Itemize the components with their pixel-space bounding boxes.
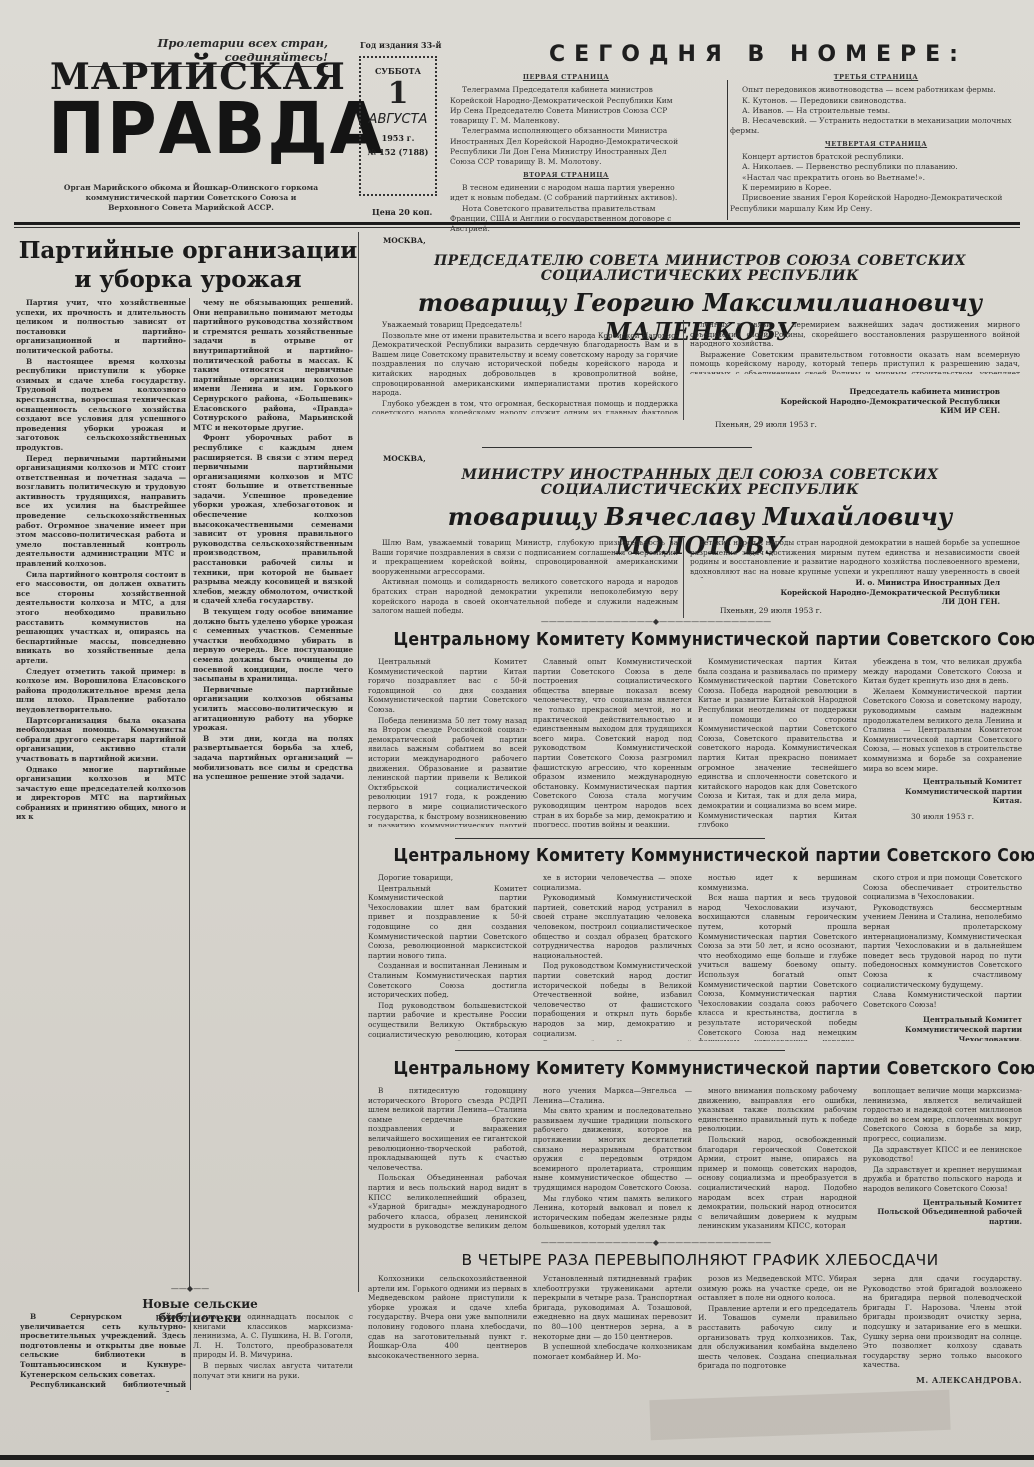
paragraph: Да здравствует КПСС и ее ленинское руков… xyxy=(863,1145,1022,1164)
paragraph: ностью идет к вершинам коммунизма. xyxy=(698,873,857,892)
signature-line: партии. xyxy=(863,1217,1022,1227)
masthead-rule xyxy=(14,222,1020,225)
paragraph: Перед первичными партийными организациям… xyxy=(16,454,186,569)
telegram2-date: Пхеньян, 29 июля 1953 г. xyxy=(720,606,822,615)
section-rule xyxy=(455,838,765,839)
telegram1-column-2: ленных в связи с перемирием важнейших за… xyxy=(690,320,1020,374)
text-column: Колхозники сельскохозяйственной артели и… xyxy=(368,1274,527,1386)
toc-page-heading: ВТОРАЯ СТРАНИЦА xyxy=(450,170,682,180)
paragraph: Руководствуясь бессмертным учением Ленин… xyxy=(863,903,1022,989)
telegram-city: МОСКВА, xyxy=(383,236,426,245)
signature-line: Председатель кабинета министров xyxy=(760,387,1000,397)
paragraph: Да здравствует и крепнет нерушимая дружб… xyxy=(863,1165,1022,1194)
column-divider xyxy=(683,538,684,618)
paragraph: Под руководством Коммунистической партии… xyxy=(533,961,692,1038)
paragraph: Слава Коммунистической партии Советского… xyxy=(863,990,1022,1009)
ck-china-body: Центральный Комитет Коммунистической пар… xyxy=(368,657,1022,827)
section-rule xyxy=(482,447,752,448)
signature-line: Центральный Комитет xyxy=(863,777,1022,787)
column-divider xyxy=(683,320,684,420)
text-column: розов из Медведевской МТС. Убирая озимую… xyxy=(698,1274,857,1386)
paragraph: ветский народ и народы стран народной де… xyxy=(690,538,1020,578)
text-column: хе в истории человечества — эпохе социал… xyxy=(533,873,692,1041)
paragraph: В настоящее время колхозы республики при… xyxy=(16,357,186,453)
telegram-city: МОСКВА, xyxy=(383,454,426,463)
signature-line: Центральный Комитет xyxy=(863,1198,1022,1208)
toc-item: Опыт передовиков животноводства — всем р… xyxy=(730,85,1022,95)
library-column-2: ним по одиннадцать посылок с книгами кла… xyxy=(193,1312,353,1392)
telegram-heading: МИНИСТРУ ИНОСТРАННЫХ ДЕЛ СОЮЗА СОВЕТСКИХ… xyxy=(380,468,1020,498)
column-divider xyxy=(190,1312,191,1390)
ck-china-heading: Центральному Комитету Коммунистической п… xyxy=(394,630,997,650)
newspaper-page: Пролетарии всех стран, соединяйтесь! МАР… xyxy=(0,0,1034,1467)
paragraph: Центральный Комитет Коммунистической пар… xyxy=(368,884,527,961)
paragraph: Коммунистическая партия Китая была созда… xyxy=(698,657,857,827)
toc-item: Телеграмма Председателя кабинета министр… xyxy=(450,85,682,126)
toc-item: Присвоение звания Героя Корейской Народн… xyxy=(730,193,1022,214)
paragraph: чему не обязывающих решений. Они неправи… xyxy=(193,298,353,432)
ck-poland-body: В пятидесятую годовщину исторического Вт… xyxy=(368,1086,1022,1232)
paragraph: Руководимый Коммунистической партией, со… xyxy=(533,893,692,960)
year: 1953 г. xyxy=(361,133,435,143)
signature-line: Корейской Народно-Демократической Респуб… xyxy=(760,397,1000,407)
paragraph: Фронт уборочных работ в республике с каж… xyxy=(193,433,353,606)
paragraph: Уважаемый товарищ Председатель! xyxy=(372,320,678,330)
paragraph: Польский народ, освобожденный благодаря … xyxy=(698,1135,857,1231)
signature-line: Коммунистической партии xyxy=(863,787,1022,797)
paragraph: Первичные партийные организации колхозов… xyxy=(193,685,353,733)
paragraph: розов из Медведевской МТС. Убирая озимую… xyxy=(698,1274,857,1303)
ck-china-date: 30 июля 1953 г. xyxy=(863,812,1022,822)
toc-item: Телеграмма исполняющего обязанности Мини… xyxy=(450,126,682,167)
telegram1-signature: Председатель кабинета министров Корейско… xyxy=(760,387,1000,416)
toc-right-column: ТРЕТЬЯ СТРАНИЦА Опыт передовиков животно… xyxy=(730,70,1022,214)
toc-left-column: ПЕРВАЯ СТРАНИЦА Телеграмма Председателя … xyxy=(450,70,682,234)
toc-title: СЕГОДНЯ В НОМЕРЕ: xyxy=(508,42,1008,67)
toc-item: А. Николаев. — Первенство республики по … xyxy=(730,162,1022,172)
library-column-1: В Сернурском районе увеличивается сеть к… xyxy=(20,1312,186,1392)
masthead-rule-thin xyxy=(14,227,1020,228)
paragraph: Польская Объединенная рабочая партия и в… xyxy=(368,1173,527,1232)
paragraph: В успешной хлебосдаче колхозникам помога… xyxy=(533,1342,692,1361)
bread-body: Колхозники сельскохозяйственной артели и… xyxy=(368,1274,1022,1386)
toc-divider xyxy=(727,80,728,220)
editorial-title: Партийные организации и уборка урожая xyxy=(16,236,360,294)
paragraph: Однако многие партийные организации колх… xyxy=(16,765,186,823)
signature-line: Корейской Народно-Демократической Респуб… xyxy=(760,588,1000,598)
text-column: Установленный пятидневный график хлебоот… xyxy=(533,1274,692,1386)
issue-number: № 152 (7188) xyxy=(361,147,435,157)
paragraph: ного учения Маркса—Энгельса — Ленина—Ста… xyxy=(533,1086,692,1105)
telegram2-signature: И. о. Министра Иностранных Дел Корейской… xyxy=(760,578,1000,607)
paragraph: Колхозники сельскохозяйственной артели и… xyxy=(368,1274,527,1360)
text-column: Центральный Комитет Коммунистической пар… xyxy=(368,657,527,827)
signature-line: Коммунистической партии xyxy=(863,1025,1022,1035)
paragraph: много внимания польскому рабочему движен… xyxy=(698,1086,857,1134)
paragraph: Шлю Вам, уважаемый товарищ Министр, глуб… xyxy=(372,538,678,576)
toc-item: «Настал час прекратить огонь во Вьетнаме… xyxy=(730,173,1022,183)
paragraph: Мы свято храним и последовательно развив… xyxy=(533,1106,692,1192)
column-divider xyxy=(189,298,190,1288)
paragraph: Следует отметить такой пример: в колхозе… xyxy=(16,667,186,715)
text-column: ного учения Маркса—Энгельса — Ленина—Ста… xyxy=(533,1086,692,1232)
signature-line: Центральный Комитет xyxy=(863,1015,1022,1025)
toc-item: Концерт артистов братской республики. xyxy=(730,152,1022,162)
paragraph: ленных в связи с перемирием важнейших за… xyxy=(690,320,1020,349)
paragraph: Установленный пятидневный график хлебоот… xyxy=(533,1274,692,1341)
editorial-column-2: чему не обязывающих решений. Они неправи… xyxy=(193,298,353,1288)
year-of-publication: Год издания 33-й xyxy=(360,40,441,50)
day-number: 1 xyxy=(361,76,435,112)
paragraph: Центральный Комитет Коммунистической пар… xyxy=(368,657,527,715)
ck-czechoslovakia-heading: Центральному Комитету Коммунистической п… xyxy=(394,846,997,866)
paragraph: В первых числах августа читатели получат… xyxy=(193,1361,353,1380)
telegram1-date: Пхеньян, 29 июля 1953 г. xyxy=(715,420,817,429)
toc-item: Нота Советского правительства правительс… xyxy=(450,204,682,235)
date-box: СУББОТА 1 АВГУСТА 1953 г. № 152 (7188) xyxy=(359,56,437,196)
paragraph: Глубоко убежден в том, что огромная, бес… xyxy=(372,399,678,414)
paragraph: В текущем году особое внимание должно бы… xyxy=(193,607,353,684)
signature-line: Польской Объединенной рабочей xyxy=(863,1207,1022,1217)
signature-line: И. о. Министра Иностранных Дел xyxy=(760,578,1000,588)
telegram2-column-1: Шлю Вам, уважаемый товарищ Министр, глуб… xyxy=(372,538,678,614)
paragraph: Позвольте мне от имени правительства и в… xyxy=(372,331,678,398)
paragraph: Дорогие товарищи, xyxy=(368,873,527,883)
text-column: ского строя и при помощи Советского Союз… xyxy=(863,873,1022,1041)
paragraph: Партия учит, что хозяйственные успехи, и… xyxy=(16,298,186,356)
text-column: воплощает величие мощи марксизма-лениниз… xyxy=(863,1086,1022,1232)
signature-line: КИМ ИР СЕН. xyxy=(760,406,1000,416)
text-column: Дорогие товарищи, Центральный Комитет Ко… xyxy=(368,873,527,1041)
text-column: Славный опыт Коммунистической партии Сов… xyxy=(533,657,692,827)
paragraph: Республиканский библиотечный коллектор о… xyxy=(20,1380,186,1392)
column-divider xyxy=(358,232,359,1292)
bread-author: М. АЛЕКСАНДРОВА. xyxy=(863,1376,1022,1386)
paragraph: В пятидесятую годовщину исторического Вт… xyxy=(368,1086,527,1172)
paragraph: хе в истории человечества — эпохе социал… xyxy=(533,873,692,892)
paragraph: Созданная и воспитанная Лениным и Сталин… xyxy=(368,961,527,999)
paragraph: воплощает величие мощи марксизма-лениниз… xyxy=(863,1086,1022,1144)
masthead-organ: Орган Марийского обкома и Йошкар-Олинско… xyxy=(60,183,322,213)
paragraph: Сила партийного контроля состоит в его м… xyxy=(16,570,186,666)
ck-poland-signature: Центральный Комитет Польской Объединенно… xyxy=(863,1198,1022,1227)
signature-line: Чехословакии. xyxy=(863,1035,1022,1042)
paragraph: Вся наша партия и весь трудовой народ Че… xyxy=(698,893,857,1041)
telegram-heading: ПРЕДСЕДАТЕЛЮ СОВЕТА МИНИСТРОВ СОЮЗА СОВЕ… xyxy=(380,254,1020,284)
paragraph: В Сернурском районе увеличивается сеть к… xyxy=(20,1312,186,1379)
text-column: В пятидесятую годовщину исторического Вт… xyxy=(368,1086,527,1232)
page-bottom-edge xyxy=(0,1455,1034,1460)
paragraph: ского строя и при помощи Советского Союз… xyxy=(863,873,1022,902)
ornament-divider: ——◆—— xyxy=(140,1284,240,1293)
paragraph: Активная помощь и солидарность великого … xyxy=(372,577,678,614)
day-of-week: СУББОТА xyxy=(361,66,435,76)
paragraph: Выражение Советским правительством готов… xyxy=(690,350,1020,374)
paragraph: В эти дни, когда на полях развертывается… xyxy=(193,734,353,782)
paragraph: Правление артели и его председатель И. Т… xyxy=(698,1304,857,1371)
paragraph: Желаем Коммунистической партии Советског… xyxy=(863,687,1022,773)
text-column: зерна для сдачи государству. Руководство… xyxy=(863,1274,1022,1386)
ck-czechoslovakia-signature: Центральный Комитет Коммунистической пар… xyxy=(863,1015,1022,1041)
text-column: ностью идет к вершинам коммунизма. Вся н… xyxy=(698,873,857,1041)
toc-page-heading: ЧЕТВЕРТАЯ СТРАНИЦА xyxy=(730,139,1022,149)
paragraph: Мы глубоко чтим память великого Ленина, … xyxy=(533,1194,692,1232)
text-column: убеждена в том, что великая дружба между… xyxy=(863,657,1022,827)
paragraph: Руководимый Коммунистической партией, со… xyxy=(533,1039,692,1041)
paragraph: Под руководством большевистской партии р… xyxy=(368,1001,527,1041)
toc-item: В тесном единении с народом наша партия … xyxy=(450,183,682,204)
toc-item: В. Несачевский. — Устранить недостатки в… xyxy=(730,116,1022,137)
bread-heading: В ЧЕТЫРЕ РАЗА ПЕРЕВЫПОЛНЯЮТ ГРАФИК ХЛЕБО… xyxy=(400,1251,1000,1269)
masthead-title-main: ПРАВДА xyxy=(48,92,334,168)
toc-page-heading: ПЕРВАЯ СТРАНИЦА xyxy=(450,72,682,82)
section-rule xyxy=(455,1050,785,1051)
paragraph: Славный опыт Коммунистической партии Сов… xyxy=(533,657,692,827)
text-column: много внимания польскому рабочему движен… xyxy=(698,1086,857,1232)
telegram1-column-1: Уважаемый товарищ Председатель! Позвольт… xyxy=(372,320,678,414)
month: АВГУСТА xyxy=(361,112,435,127)
ornament-divider: ——————————————◆—————————————— xyxy=(456,1238,856,1247)
ck-poland-heading: Центральному Комитету Коммунистической п… xyxy=(394,1059,997,1079)
ck-china-signature: Центральный Комитет Коммунистической пар… xyxy=(863,777,1022,806)
ck-czechoslovakia-body: Дорогие товарищи, Центральный Комитет Ко… xyxy=(368,873,1022,1041)
paragraph: убеждена в том, что великая дружба между… xyxy=(863,657,1022,686)
paragraph: Победа ленинизма 50 лет тому назад на Вт… xyxy=(368,716,527,827)
paragraph: Партсорганизация была оказана необходима… xyxy=(16,716,186,764)
paragraph: зерна для сдачи государству. Руководство… xyxy=(863,1274,1022,1370)
price: Цена 20 коп. xyxy=(372,207,432,217)
ornament-divider: ——————————————◆—————————————— xyxy=(456,617,856,626)
signature-line: Китая. xyxy=(863,796,1022,806)
paper-stain xyxy=(649,1390,950,1440)
toc-item: А. Иванов. — На строительные темы. xyxy=(730,106,1022,116)
toc-item: К. Кутонов. — Передовики свиноводства. xyxy=(730,96,1022,106)
editorial-column-1: Партия учит, что хозяйственные успехи, и… xyxy=(16,298,186,1253)
toc-page-heading: ТРЕТЬЯ СТРАНИЦА xyxy=(730,72,1022,82)
paragraph: ним по одиннадцать посылок с книгами кла… xyxy=(193,1312,353,1360)
toc-item: К перемирию в Корее. xyxy=(730,183,1022,193)
text-column: Коммунистическая партия Китая была созда… xyxy=(698,657,857,827)
telegram2-column-2: ветский народ и народы стран народной де… xyxy=(690,538,1020,578)
